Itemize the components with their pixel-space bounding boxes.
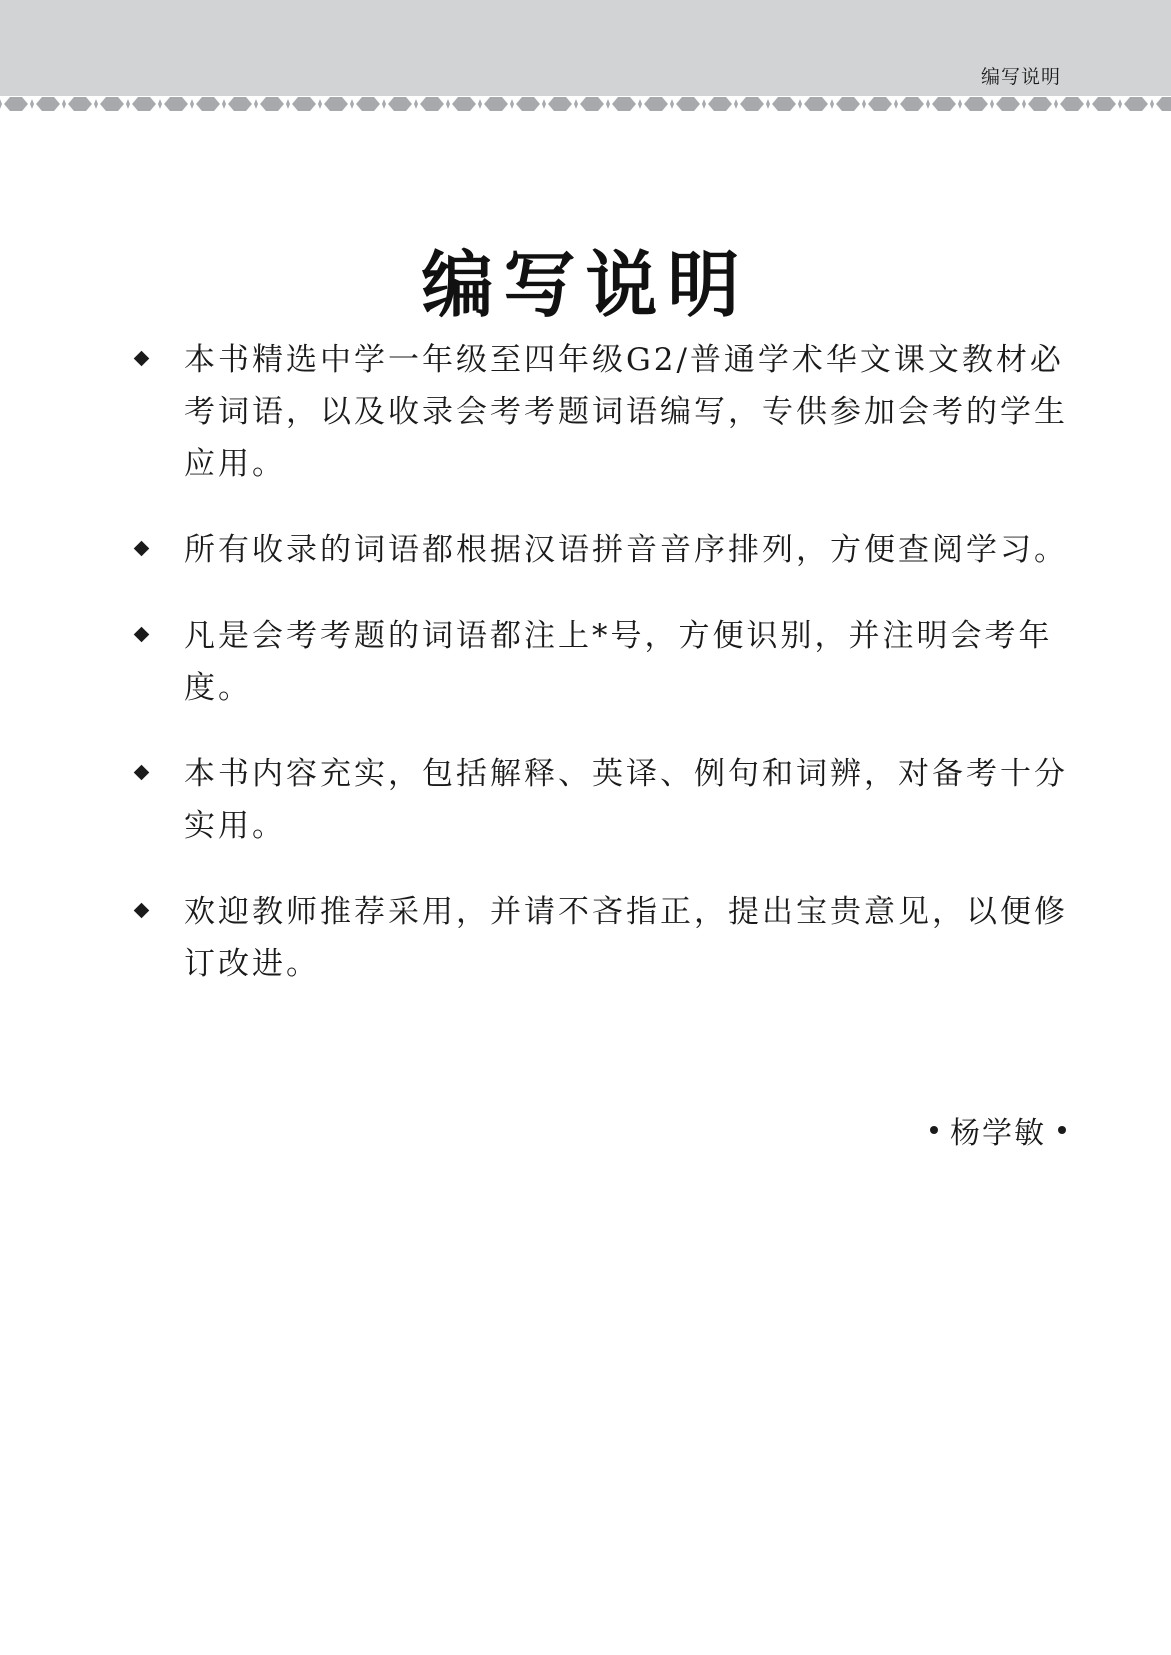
- diamond-bullet-icon: [134, 765, 150, 781]
- note-text: 欢迎教师推荐采用，并请不吝指正，提出宝贵意见，以便修订改进。: [184, 894, 1068, 982]
- dot-icon: [1058, 1126, 1066, 1134]
- diamond-bullet-icon: [134, 903, 150, 919]
- decorative-pattern-strip: [0, 96, 1171, 112]
- note-item: 凡是会考考题的词语都注上*号，方便识别，并注明会考年度。: [128, 610, 1084, 714]
- author-signature: 杨学敏: [930, 1108, 1066, 1152]
- note-item: 所有收录的词语都根据汉语拼音音序排列，方便查阅学习。: [128, 524, 1084, 576]
- note-text: 本书内容充实，包括解释、英译、例句和词辨，对备考十分实用。: [184, 756, 1068, 844]
- note-text: 凡是会考考题的词语都注上*号，方便识别，并注明会考年度。: [184, 618, 1053, 706]
- hexagon-pattern-icon: [0, 96, 1171, 112]
- note-text: 所有收录的词语都根据汉语拼音音序排列，方便查阅学习。: [184, 532, 1068, 568]
- header-band: 编写说明: [0, 0, 1171, 96]
- diamond-bullet-icon: [134, 351, 150, 367]
- note-item: 欢迎教师推荐采用，并请不吝指正，提出宝贵意见，以便修订改进。: [128, 886, 1084, 990]
- dot-icon: [930, 1126, 938, 1134]
- note-item: 本书内容充实，包括解释、英译、例句和词辨，对备考十分实用。: [128, 748, 1084, 852]
- note-text: 本书精选中学一年级至四年级G2/普通学术华文课文教材必考词语，以及收录会考考题词…: [184, 342, 1068, 482]
- author-name: 杨学敏: [950, 1108, 1046, 1152]
- diamond-bullet-icon: [134, 541, 150, 557]
- diamond-bullet-icon: [134, 627, 150, 643]
- note-item: 本书精选中学一年级至四年级G2/普通学术华文课文教材必考词语，以及收录会考考题词…: [128, 334, 1084, 490]
- running-head: 编写说明: [981, 62, 1061, 89]
- page-title: 编写说明: [0, 240, 1171, 330]
- notes-list: 本书精选中学一年级至四年级G2/普通学术华文课文教材必考词语，以及收录会考考题词…: [128, 334, 1078, 1024]
